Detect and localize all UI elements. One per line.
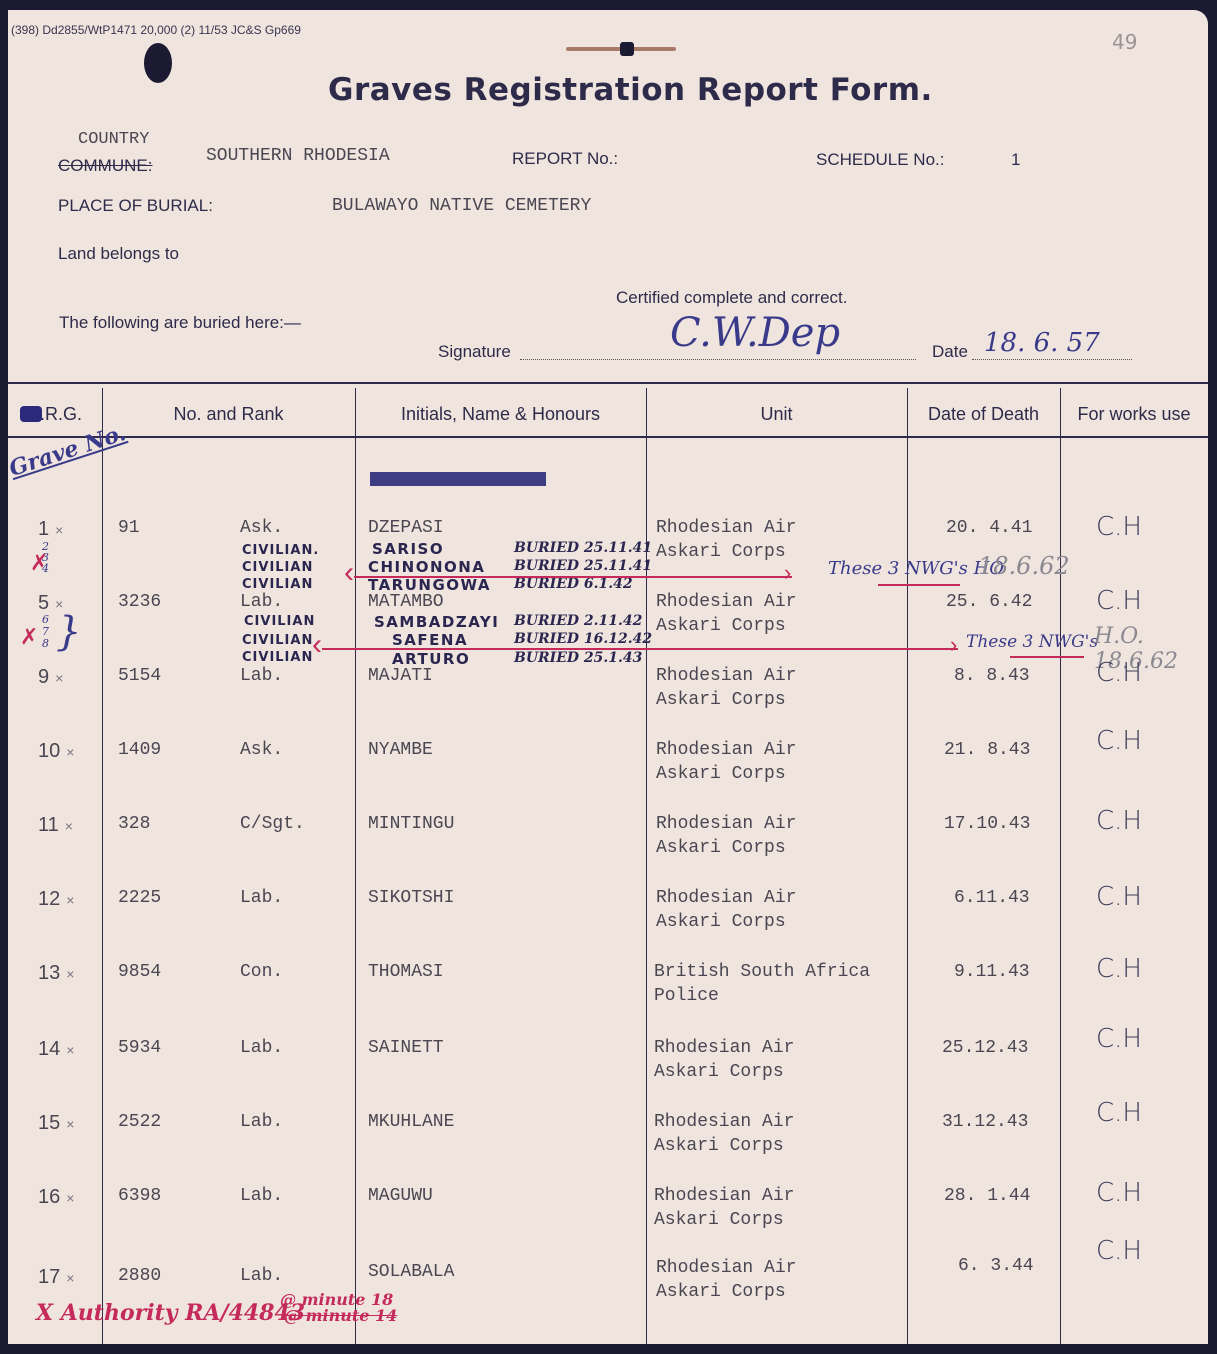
unit-line-2: Askari Corps [656, 542, 786, 562]
unit-line-1: Rhodesian Air [656, 1258, 796, 1278]
grave-number: 16× [38, 1186, 74, 1209]
rank: Lab. [240, 592, 283, 612]
grave-number: 10× [38, 740, 74, 763]
rank: Lab. [240, 1186, 283, 1206]
rank: Lab. [240, 666, 283, 686]
handwritten-note: These 3 NWG's [966, 632, 1098, 652]
column-header-name: Initials, Name & Honours [355, 404, 646, 425]
date-value: 18. 6. 57 [984, 328, 1100, 358]
signature-line [520, 358, 916, 360]
name: SIKOTSHI [368, 888, 454, 908]
place-of-burial-value: BULAWAYO NATIVE CEMETERY [332, 196, 591, 216]
column-divider [646, 388, 647, 1344]
schedule-no-label: SCHEDULE No.: [816, 150, 944, 170]
authority-annotation: X Authority RA/44843 [36, 1300, 305, 1326]
report-no-label: REPORT No.: [512, 149, 618, 169]
handwritten-note-date: 18.6.62 [978, 552, 1070, 580]
civilian-rank: CIVILIAN [242, 633, 313, 648]
unit-line-1: Rhodesian Air [654, 1038, 794, 1058]
civilian-rank: CIVILIAN [242, 560, 313, 575]
country-label: COUNTRY [78, 130, 149, 149]
x-mark-icon: ✗ [20, 624, 38, 650]
note-underline [878, 584, 960, 586]
date-line [972, 358, 1132, 360]
burial-date: BURIED 6.1.42 [514, 576, 633, 592]
date-of-death: 9.11.43 [954, 962, 1030, 982]
date-of-death: 20. 4.41 [946, 518, 1032, 538]
place-of-burial-label: PLACE OF BURIAL: [58, 196, 213, 216]
name: NYAMBE [368, 740, 433, 760]
date-of-death: 31.12.43 [942, 1112, 1028, 1132]
name: MKUHLANE [368, 1112, 454, 1132]
arrow-line [322, 648, 958, 650]
burial-date: BURIED 25.11.41 [514, 558, 652, 574]
unit-line-1: Rhodesian Air [656, 888, 796, 908]
service-number: 6398 [118, 1186, 161, 1206]
rank: Ask. [240, 518, 283, 538]
unit-line-2: Askari Corps [656, 912, 786, 932]
grave-number: 14× [38, 1038, 74, 1061]
certified-text: Certified complete and correct. [616, 288, 848, 308]
burial-date: BURIED 25.11.41 [514, 540, 652, 556]
unit-line-2: Askari Corps [656, 764, 786, 784]
works-use: C.H [1096, 806, 1142, 836]
date-of-death: 21. 8.43 [944, 740, 1030, 760]
rank: Con. [240, 962, 283, 982]
note-underline [1010, 656, 1084, 658]
buried-here-label: The following are buried here:— [59, 313, 301, 333]
unit-line-1: Rhodesian Air [654, 1186, 794, 1206]
unit-line-1: Rhodesian Air [656, 740, 796, 760]
column-divider [1060, 388, 1061, 1344]
column-header-unit: Unit [646, 404, 907, 425]
name: SOLABALA [368, 1262, 454, 1282]
column-divider [355, 388, 356, 1344]
rank: Lab. [240, 1112, 283, 1132]
column-header-no-rank: No. and Rank [102, 404, 355, 425]
grave-number: 17× [38, 1266, 74, 1289]
date-label: Date [932, 342, 968, 362]
works-use: C.H [1096, 954, 1142, 984]
name: SAINETT [368, 1038, 444, 1058]
civilian-rank: CIVILIAN [242, 650, 313, 665]
ink-blot-icon [20, 406, 42, 422]
date-of-death: 17.10.43 [944, 814, 1030, 834]
works-use: C.H [1096, 882, 1142, 912]
unit-line-2: Askari Corps [654, 1136, 784, 1156]
schedule-no-value: 1 [1011, 150, 1020, 170]
service-number: 5934 [118, 1038, 161, 1058]
unit-line-1: Rhodesian Air [656, 518, 796, 538]
rank: Ask. [240, 740, 283, 760]
land-belongs-label: Land belongs to [58, 244, 179, 264]
column-header-date-of-death: Date of Death [907, 404, 1060, 425]
civilian-rank: CIVILIAN. [242, 543, 319, 558]
grave-number: 13× [38, 962, 74, 985]
brace-icon: } [56, 612, 81, 652]
grave-number: 15× [38, 1112, 74, 1135]
page-title: Graves Registration Report Form. [328, 72, 933, 108]
civilian-name: SAMBADZAYI [374, 613, 499, 631]
grave-number: 12× [38, 888, 74, 911]
civilian-graves-1: 234 [42, 541, 49, 574]
arrow-line [354, 576, 792, 578]
page-number: 49 [1112, 30, 1137, 54]
rank: Lab. [240, 888, 283, 908]
unit-line-1: Rhodesian Air [654, 1112, 794, 1132]
print-code: (398) Dd2855/WtP1471 20,000 (2) 11/53 JC… [11, 23, 301, 37]
rank: Lab. [240, 1038, 283, 1058]
service-number: 2522 [118, 1112, 161, 1132]
works-use: C.H [1096, 658, 1142, 688]
date-of-death: 28. 1.44 [944, 1186, 1030, 1206]
works-use: C.H [1096, 1236, 1142, 1266]
date-of-death: 6.11.43 [954, 888, 1030, 908]
unit-line-1: British South Africa [654, 962, 870, 982]
column-divider [102, 388, 103, 1344]
arrow-right-icon: › [950, 632, 957, 658]
burial-date: BURIED 25.1.43 [514, 650, 642, 666]
column-header-works-use: For works use [1060, 404, 1208, 425]
punch-hole-icon [144, 43, 172, 83]
table-top-rule [8, 382, 1208, 384]
arrow-right-icon: › [784, 560, 791, 586]
unit-line-1: Rhodesian Air [656, 666, 796, 686]
grave-number: 9× [38, 666, 63, 689]
unit-line-2: Askari Corps [656, 1282, 786, 1302]
civilian-rank: CIVILIAN [244, 614, 315, 629]
service-number: 2880 [118, 1266, 161, 1286]
civilian-name: SAFENA [392, 631, 468, 649]
unit-line-2: Police [654, 986, 719, 1006]
unit-line-2: Askari Corps [656, 690, 786, 710]
unit-line-1: Rhodesian Air [656, 814, 796, 834]
rank: C/Sgt. [240, 814, 305, 834]
unit-line-2: Askari Corps [654, 1210, 784, 1230]
commune-label: COMMUNE: [58, 156, 152, 176]
unit-line-2: Askari Corps [656, 838, 786, 858]
service-number: 3236 [118, 592, 161, 612]
works-use: C.H [1096, 586, 1142, 616]
service-number: 5154 [118, 666, 161, 686]
service-number: 2225 [118, 888, 161, 908]
date-of-death: 6. 3.44 [958, 1256, 1034, 1276]
civilian-graves-2: 678 [42, 614, 49, 650]
civilian-rank: CIVILIAN [242, 577, 313, 592]
name: DZEPASI [368, 518, 444, 538]
name: MAGUWU [368, 1186, 433, 1206]
civilian-name: SARISO [372, 540, 444, 558]
unit-line-2: Askari Corps [654, 1062, 784, 1082]
column-divider [907, 388, 908, 1344]
burial-date: BURIED 2.11.42 [514, 613, 642, 629]
minute-annotation: @ minute 18 [280, 1290, 393, 1309]
name: MAJATI [368, 666, 433, 686]
signature-value: C.W.Dep [670, 310, 840, 356]
unit-line-2: Askari Corps [656, 616, 786, 636]
works-use: C.H [1096, 1098, 1142, 1128]
name: MINTINGU [368, 814, 454, 834]
works-use: C.H [1096, 512, 1142, 542]
table-header-rule [8, 436, 1208, 438]
country-value: SOUTHERN RHODESIA [206, 146, 390, 166]
name: MATAMBO [368, 592, 444, 612]
date-of-death: 25. 6.42 [946, 592, 1032, 612]
arrow-left-icon: ‹ [312, 628, 322, 662]
name: THOMASI [368, 962, 444, 982]
rank: Lab. [240, 1266, 283, 1286]
service-number: 9854 [118, 962, 161, 982]
struck-out-entry [370, 472, 546, 486]
arrow-left-icon: ‹ [344, 556, 354, 590]
service-number: 1409 [118, 740, 161, 760]
service-number: 328 [118, 814, 150, 834]
service-number: 91 [118, 518, 140, 538]
form-page: (398) Dd2855/WtP1471 20,000 (2) 11/53 JC… [8, 10, 1208, 1344]
works-use: C.H [1096, 726, 1142, 756]
works-use: C.H [1096, 1024, 1142, 1054]
grave-no-annotation: Grave No. [6, 420, 129, 482]
grave-number: 1× [38, 518, 63, 541]
grave-number: 11× [38, 814, 73, 837]
date-of-death: 25.12.43 [942, 1038, 1028, 1058]
works-use: C.H [1096, 1178, 1142, 1208]
unit-line-1: Rhodesian Air [656, 592, 796, 612]
signature-label: Signature [438, 342, 511, 362]
date-of-death: 8. 8.43 [954, 666, 1030, 686]
staple-hole-icon [620, 42, 634, 56]
burial-date: BURIED 16.12.42 [514, 631, 652, 647]
civilian-name: CHINONONA [368, 558, 485, 576]
